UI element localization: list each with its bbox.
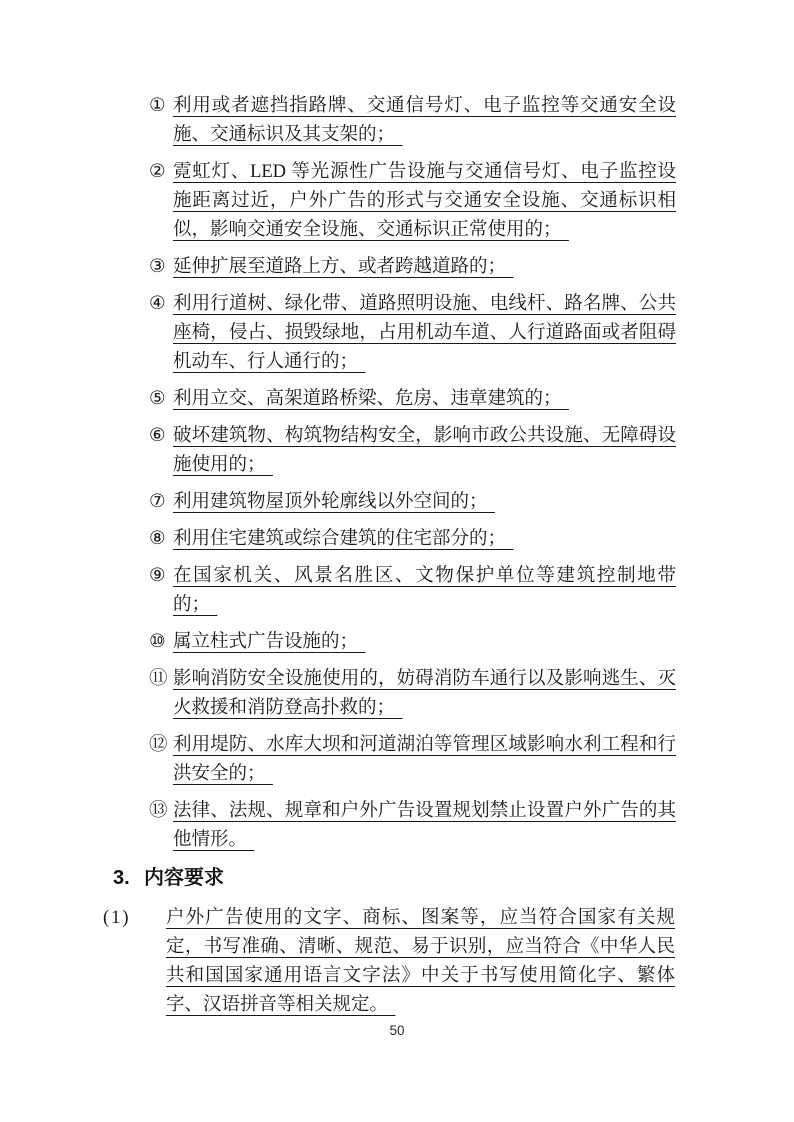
list-item: ⑧ 利用住宅建筑或综合建筑的住宅部分的； bbox=[149, 525, 676, 554]
document-page: ① 利用或者遮挡指路牌、交通信号灯、电子监控等交通安全设施、交通标识及其支架的；… bbox=[0, 0, 794, 1122]
list-item: ⑦ 利用建筑物屋顶外轮廓线以外空间的； bbox=[149, 488, 676, 517]
page-number: 50 bbox=[0, 1023, 794, 1038]
prohibited-situations-list: ① 利用或者遮挡指路牌、交通信号灯、电子监控等交通安全设施、交通标识及其支架的；… bbox=[149, 92, 676, 855]
list-item-marker: ⑬ bbox=[149, 797, 173, 826]
list-item-marker: ① bbox=[149, 92, 173, 121]
list-item: ② 霓虹灯、LED 等光源性广告设施与交通信号灯、电子监控设施距离过近，户外广告… bbox=[149, 158, 676, 245]
list-item-text: 利用堤防、水库大坝和河道湖泊等管理区域影响水利工程和行洪安全的； bbox=[173, 731, 676, 789]
list-item-marker: ⑦ bbox=[149, 488, 173, 517]
list-item-text: 延伸扩展至道路上方、或者跨越道路的； bbox=[173, 253, 676, 282]
list-item-marker: ⑨ bbox=[149, 562, 173, 591]
list-item-marker: ⑥ bbox=[149, 422, 173, 451]
list-item-text: 利用住宅建筑或综合建筑的住宅部分的； bbox=[173, 525, 676, 554]
list-item-marker: ② bbox=[149, 158, 173, 187]
list-item-text: 利用建筑物屋顶外轮廓线以外空间的； bbox=[173, 488, 676, 517]
list-item: ⑤ 利用立交、高架道路桥梁、危房、违章建筑的； bbox=[149, 385, 676, 414]
list-item: ③ 延伸扩展至道路上方、或者跨越道路的； bbox=[149, 253, 676, 282]
section-heading-title: 内容要求 bbox=[144, 867, 224, 889]
list-item-text: 利用或者遮挡指路牌、交通信号灯、电子监控等交通安全设施、交通标识及其支架的； bbox=[173, 92, 676, 150]
list-item: ④ 利用行道树、绿化带、道路照明设施、电线杆、路名牌、公共座椅，侵占、损毁绿地，… bbox=[149, 290, 676, 377]
list-item-marker: ⑧ bbox=[149, 525, 173, 554]
section-heading-number: 3. bbox=[113, 863, 144, 893]
list-item: ⑬ 法律、法规、规章和户外广告设置规划禁止设置户外广告的其他情形。 bbox=[149, 797, 676, 855]
list-item-text: 破坏建筑物、构筑物结构安全，影响市政公共设施、无障碍设施使用的； bbox=[173, 422, 676, 480]
list-item-text: 霓虹灯、LED 等光源性广告设施与交通信号灯、电子监控设施距离过近，户外广告的形… bbox=[173, 158, 676, 245]
list-item-text: 在国家机关、风景名胜区、文物保护单位等建筑控制地带的； bbox=[173, 562, 676, 620]
list-item-text: 影响消防安全设施使用的，妨碍消防车通行以及影响逃生、灭火救援和消防登高扑救的； bbox=[173, 665, 676, 723]
list-item-marker: ⑫ bbox=[149, 731, 173, 760]
list-item: ⑩ 属立柱式广告设施的； bbox=[149, 628, 676, 657]
list-item: ⑥ 破坏建筑物、构筑物结构安全，影响市政公共设施、无障碍设施使用的； bbox=[149, 422, 676, 480]
page-content: ① 利用或者遮挡指路牌、交通信号灯、电子监控等交通安全设施、交通标识及其支架的；… bbox=[0, 92, 794, 1020]
list-item: ⑫ 利用堤防、水库大坝和河道湖泊等管理区域影响水利工程和行洪安全的； bbox=[149, 731, 676, 789]
list-item-text: 利用行道树、绿化带、道路照明设施、电线杆、路名牌、公共座椅，侵占、损毁绿地，占用… bbox=[173, 290, 676, 377]
list-item: ⑪ 影响消防安全设施使用的，妨碍消防车通行以及影响逃生、灭火救援和消防登高扑救的… bbox=[149, 665, 676, 723]
list-item-marker: ⑪ bbox=[149, 665, 173, 694]
list-item-text: 属立柱式广告设施的； bbox=[173, 628, 676, 657]
list-item-marker: ⑤ bbox=[149, 385, 173, 414]
paragraph-marker: (1) bbox=[103, 904, 166, 933]
list-item-text: 法律、法规、规章和户外广告设置规划禁止设置户外广告的其他情形。 bbox=[173, 797, 676, 855]
list-item-marker: ④ bbox=[149, 290, 173, 319]
list-item-text: 利用立交、高架道路桥梁、危房、违章建筑的； bbox=[173, 385, 676, 414]
section-heading: 3.内容要求 bbox=[113, 863, 794, 893]
list-item-marker: ③ bbox=[149, 253, 173, 282]
paragraph-text: 户外广告使用的文字、商标、图案等，应当符合国家有关规定，书写准确、清晰、规范、易… bbox=[166, 904, 675, 1020]
list-item: ⑨ 在国家机关、风景名胜区、文物保护单位等建筑控制地带的； bbox=[149, 562, 676, 620]
list-item-marker: ⑩ bbox=[149, 628, 173, 657]
list-item: ① 利用或者遮挡指路牌、交通信号灯、电子监控等交通安全设施、交通标识及其支架的； bbox=[149, 92, 676, 150]
numbered-paragraph: (1) 户外广告使用的文字、商标、图案等，应当符合国家有关规定，书写准确、清晰、… bbox=[103, 904, 675, 1020]
